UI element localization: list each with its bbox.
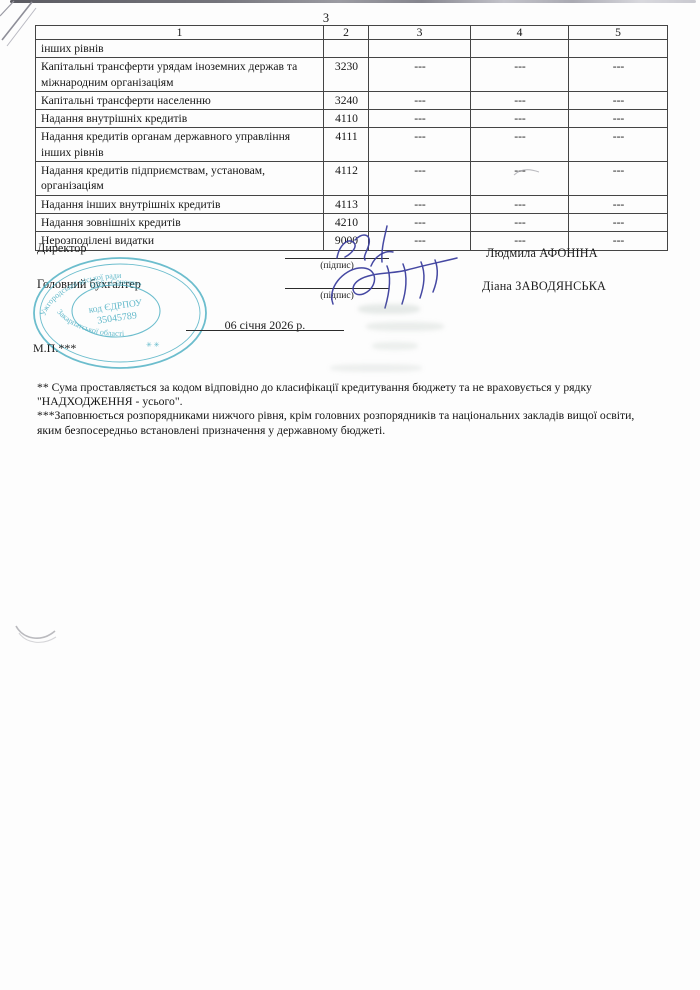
row-label: Надання інших внутрішніх кредитів: [36, 195, 324, 213]
row-label: Надання кредитів органам державного упра…: [36, 128, 324, 162]
row-label: Капітальні трансферти населенню: [36, 91, 324, 109]
row-value: ---: [569, 213, 668, 231]
table-header-row: 1 2 3 4 5: [36, 26, 668, 40]
table-row: Надання внутрішніх кредитів 4110 --- ---…: [36, 110, 668, 128]
table-row: Капітальні трансферти населенню 3240 ---…: [36, 91, 668, 109]
row-value: ---: [369, 58, 471, 92]
row-value: ---: [471, 195, 569, 213]
row-label: Надання внутрішніх кредитів: [36, 110, 324, 128]
col-header-5: 5: [569, 26, 668, 40]
col-header-4: 4: [471, 26, 569, 40]
row-code: 3230: [324, 58, 369, 92]
row-code: 3240: [324, 91, 369, 109]
row-value: ---: [471, 110, 569, 128]
row-label: Надання кредитів підприємствам, установа…: [36, 162, 324, 196]
footnote-line: "НАДХОДЖЕННЯ - усього".: [37, 395, 653, 409]
accountant-name: Діана ЗАВОДЯНСЬКА: [482, 279, 606, 294]
row-value: ---: [569, 162, 668, 196]
footnote-line: ** Сума проставляється за кодом відповід…: [37, 381, 653, 395]
official-stamp: Ужгородської міської ради Закарпатської …: [28, 252, 223, 377]
col-header-1: 1: [36, 26, 324, 40]
scan-smudge-artifact: [358, 304, 420, 314]
row-value: ---: [569, 110, 668, 128]
row-value: ---: [471, 58, 569, 92]
row-value: ---: [369, 91, 471, 109]
date-line: [186, 330, 344, 331]
row-code: 4112: [324, 162, 369, 196]
stamp-stars: ✳ ✳: [146, 341, 160, 349]
table-row: Надання кредитів підприємствам, установа…: [36, 162, 668, 196]
row-code: [324, 40, 369, 58]
row-value: [569, 40, 668, 58]
row-value: [471, 40, 569, 58]
budget-credit-table: 1 2 3 4 5 інших рівнів Капітальні трансф…: [35, 25, 668, 251]
table-row: Надання кредитів органам державного упра…: [36, 128, 668, 162]
scan-edge-artifact: [10, 0, 696, 3]
seal-place-mark: М.П.***: [33, 341, 76, 356]
table-row: Надання інших внутрішніх кредитів 4113 -…: [36, 195, 668, 213]
row-code: 4110: [324, 110, 369, 128]
table-row: інших рівнів: [36, 40, 668, 58]
pen-mark-artifact: [512, 166, 542, 178]
scan-smudge-artifact: [330, 364, 422, 372]
row-value: ---: [569, 91, 668, 109]
row-value: ---: [569, 195, 668, 213]
director-name: Людмила АФОНІНА: [486, 246, 598, 261]
scan-smudge-artifact: [372, 342, 418, 350]
row-code: 4111: [324, 128, 369, 162]
row-value: ---: [369, 195, 471, 213]
row-value: ---: [369, 128, 471, 162]
row-value: ---: [471, 91, 569, 109]
row-code: 4113: [324, 195, 369, 213]
col-header-3: 3: [369, 26, 471, 40]
footnote-line: яким безпосередньо встановлені призначен…: [37, 424, 653, 438]
crescent-scan-artifact: [10, 612, 62, 654]
scan-smudge-artifact: [366, 322, 444, 331]
row-value: ---: [569, 58, 668, 92]
row-value: ---: [471, 128, 569, 162]
table-row: Капітальні трансферти урядам іноземних д…: [36, 58, 668, 92]
row-value: ---: [569, 128, 668, 162]
footnote-line: ***Заповнюється розпорядниками нижчого р…: [37, 409, 653, 423]
row-value: ---: [471, 213, 569, 231]
col-header-2: 2: [324, 26, 369, 40]
row-value: ---: [369, 110, 471, 128]
row-label: інших рівнів: [36, 40, 324, 58]
page-number: 3: [316, 11, 336, 26]
row-label: Капітальні трансферти урядам іноземних д…: [36, 58, 324, 92]
row-value: [369, 40, 471, 58]
row-value: ---: [369, 162, 471, 196]
footnotes: ** Сума проставляється за кодом відповід…: [37, 381, 653, 438]
